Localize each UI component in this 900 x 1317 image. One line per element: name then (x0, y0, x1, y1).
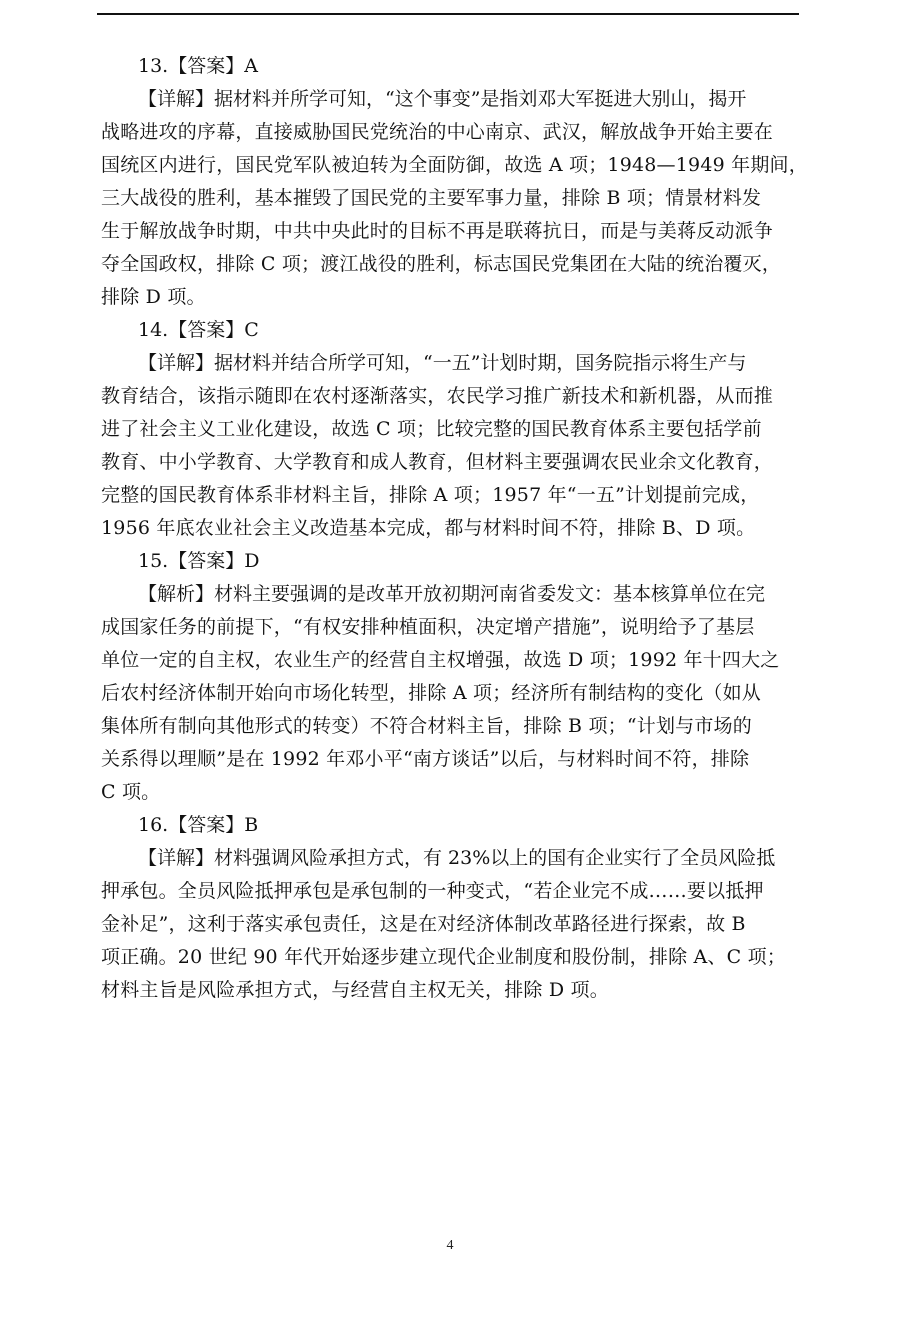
answer-key-content: 13.【答案】A 【详解】据材料并所学可知，“这个事变”是指刘邓大军挺进大别山，… (101, 50, 799, 1007)
header-rule (97, 13, 799, 15)
explanation-line: 【详解】材料强调风险承担方式，有 23%以上的国有企业实行了全员风险抵 (101, 842, 799, 875)
explanation-line: 押承包。全员风险抵押承包是承包制的一种变式，“若企业完不成……要以抵押 (101, 875, 799, 908)
explanation-line: 金补足”，这利于落实承包责任，这是在对经济体制改革路径进行探索，故 B (101, 908, 799, 941)
explanation-line: 1956 年底农业社会主义改造基本完成，都与材料时间不符，排除 B、D 项。 (101, 512, 799, 545)
explanation-line: 进了社会主义工业化建设，故选 C 项；比较完整的国民教育体系主要包括学前 (101, 413, 799, 446)
question-15-block: 15.【答案】D 【解析】材料主要强调的是改革开放初期河南省委发文：基本核算单位… (101, 545, 799, 809)
question-16-answer: 16.【答案】B (101, 809, 799, 842)
explanation-line: 关系得以理顺”是在 1992 年邓小平“南方谈话”以后，与材料时间不符，排除 (101, 743, 799, 776)
question-15-answer: 15.【答案】D (101, 545, 799, 578)
explanation-line: 集体所有制向其他形式的转变）不符合材料主旨，排除 B 项；“计划与市场的 (101, 710, 799, 743)
explanation-line: 后农村经济体制开始向市场化转型，排除 A 项；经济所有制结构的变化（如从 (101, 677, 799, 710)
explanation-line: 单位一定的自主权，农业生产的经营自主权增强，故选 D 项；1992 年十四大之 (101, 644, 799, 677)
question-16-block: 16.【答案】B 【详解】材料强调风险承担方式，有 23%以上的国有企业实行了全… (101, 809, 799, 1007)
explanation-line: 战略进攻的序幕，直接威胁国民党统治的中心南京、武汉，解放战争开始主要在 (101, 116, 799, 149)
explanation-line: 生于解放战争时期，中共中央此时的目标不再是联蒋抗日，而是与美蒋反动派争 (101, 215, 799, 248)
explanation-line: 国统区内进行，国民党军队被迫转为全面防御，故选 A 项；1948—1949 年期… (101, 149, 799, 182)
page-number: 4 (0, 1238, 900, 1254)
explanation-line: 【详解】据材料并所学可知，“这个事变”是指刘邓大军挺进大别山，揭开 (101, 83, 799, 116)
explanation-line: 材料主旨是风险承担方式，与经营自主权无关，排除 D 项。 (101, 974, 799, 1007)
explanation-line: 排除 D 项。 (101, 281, 799, 314)
explanation-line: 三大战役的胜利，基本摧毁了国民党的主要军事力量，排除 B 项；情景材料发 (101, 182, 799, 215)
question-13-answer: 13.【答案】A (101, 50, 799, 83)
explanation-line: C 项。 (101, 776, 799, 809)
explanation-line: 成国家任务的前提下，“有权安排种植面积，决定增产措施”，说明给予了基层 (101, 611, 799, 644)
explanation-line: 【解析】材料主要强调的是改革开放初期河南省委发文：基本核算单位在完 (101, 578, 799, 611)
explanation-line: 夺全国政权，排除 C 项；渡江战役的胜利，标志国民党集团在大陆的统治覆灭， (101, 248, 799, 281)
question-14-answer: 14.【答案】C (101, 314, 799, 347)
explanation-line: 项正确。20 世纪 90 年代开始逐步建立现代企业制度和股份制，排除 A、C 项… (101, 941, 799, 974)
explanation-line: 【详解】据材料并结合所学可知，“一五”计划时期，国务院指示将生产与 (101, 347, 799, 380)
question-13-block: 13.【答案】A 【详解】据材料并所学可知，“这个事变”是指刘邓大军挺进大别山，… (101, 50, 799, 314)
explanation-line: 教育结合，该指示随即在农村逐渐落实，农民学习推广新技术和新机器，从而推 (101, 380, 799, 413)
explanation-line: 教育、中小学教育、大学教育和成人教育，但材料主要强调农民业余文化教育， (101, 446, 799, 479)
question-14-block: 14.【答案】C 【详解】据材料并结合所学可知，“一五”计划时期，国务院指示将生… (101, 314, 799, 545)
explanation-line: 完整的国民教育体系非材料主旨，排除 A 项；1957 年“一五”计划提前完成， (101, 479, 799, 512)
